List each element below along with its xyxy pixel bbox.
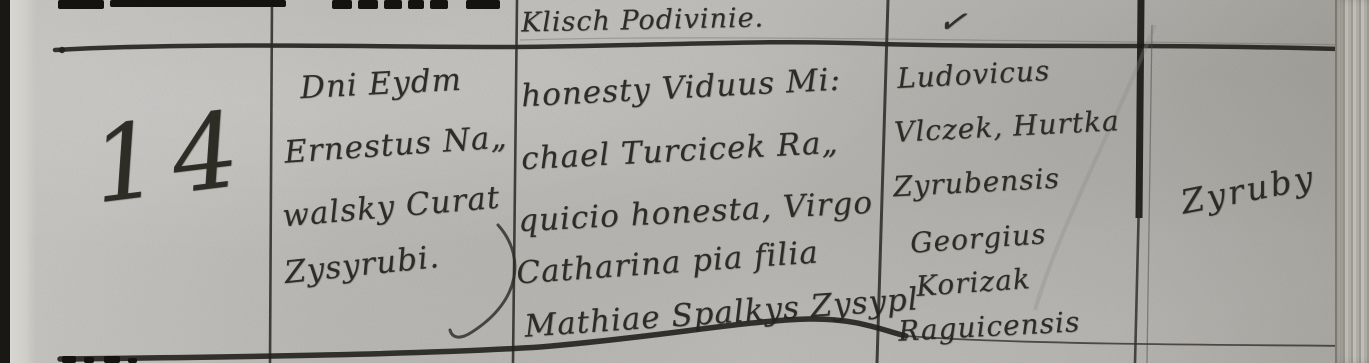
witness-line-2: Vlczek, Hurtka [893,104,1120,149]
pen-swash [450,225,515,337]
column-rule-1 [270,0,272,363]
bottom-remnant-glyph [128,358,137,363]
officiant-line-3: walsky Curat [281,180,502,235]
top-remnant-dash [430,0,448,9]
column-rule-4 [1135,200,1139,363]
top-rule-start-blob [59,47,65,53]
scan-left-border [0,0,10,363]
record-line-5: Mathiae Spalkys Zysypl [523,281,920,344]
witness-line-1: Ludovicus [896,54,1051,95]
top-remnant-dash [332,0,352,9]
check-mark: ✓ [935,0,970,44]
top-remnant-dash [408,0,424,9]
officiant-line-2: Ernestus Na„ [283,119,508,171]
bottom-remnant-glyph [84,357,94,363]
top-remnant-blob [58,0,104,9]
top-remnant-bar [110,0,286,7]
officiant-line-4: Zysyrubi. [283,239,442,291]
officiant-line-1: Dni Eydm [299,62,463,106]
margin-place-name: Zyruby [1178,157,1319,221]
top-rule [55,42,1369,50]
column-rule-2 [513,0,517,363]
witness-line-4: Georgius [909,217,1047,259]
bottom-remnant-glyph [104,356,120,363]
top-remnant-dash [466,0,500,9]
entry-number: 14 [85,87,259,228]
record-line-2: chael Turcicek Ra„ [520,125,839,178]
top-remnant-dash [358,0,378,9]
bottom-remnant-glyph [62,356,76,363]
witness-line-6: Raguicensis [897,305,1081,347]
top-remnant-dash [384,0,402,9]
scan-left-shadow-band [10,0,36,363]
witness-line-3: Zyrubensis [892,162,1060,204]
record-line-4: Catharina pia filia [515,234,820,291]
parish-register-scan: 14 Klisch Podivinie. ✓ Dni Eydm Ernestus… [0,0,1369,363]
record-line-1: honesty Viduus Mi: [520,62,842,115]
witness-line-5: Korizak [915,262,1032,303]
column-rule-4-double [1147,25,1152,363]
header-note: Klisch Podivinie. [521,2,765,38]
column-rule-4-bold [1139,0,1141,218]
page-fold-right [1335,0,1369,363]
record-line-3: quicio honesta, Virgo [517,185,874,240]
